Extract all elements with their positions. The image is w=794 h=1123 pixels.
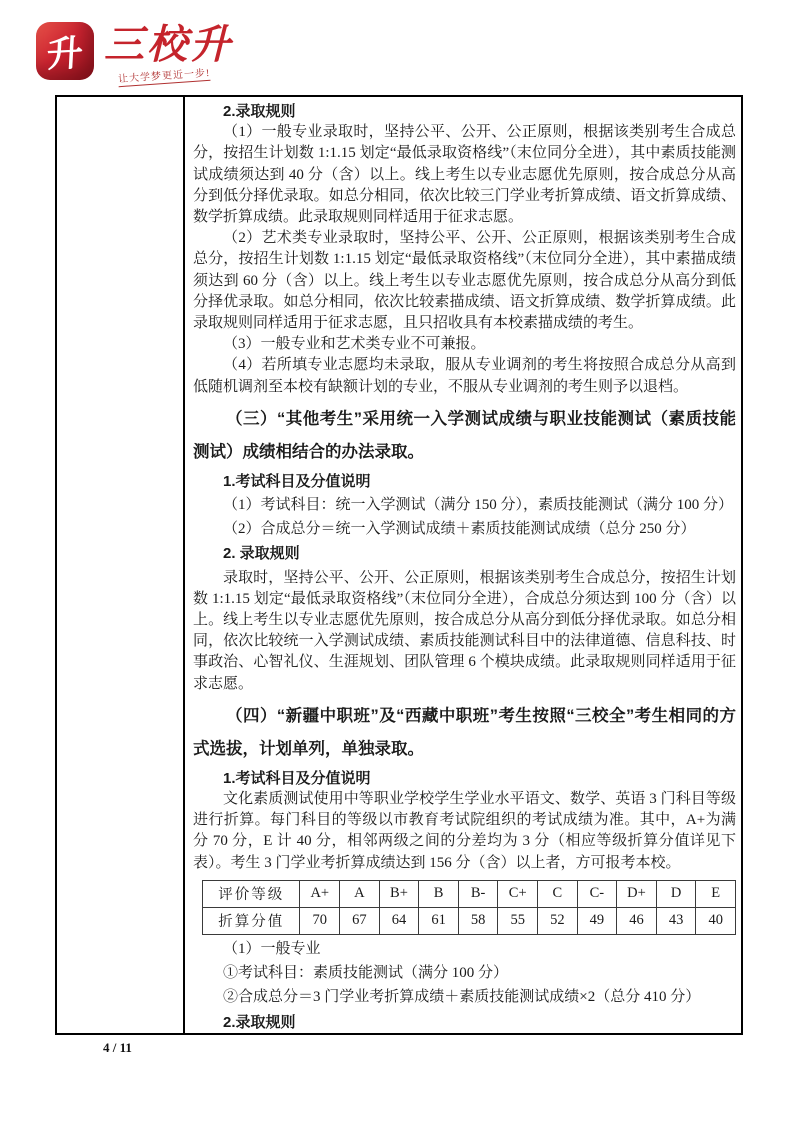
page-number: 4 / 11 [103, 1040, 132, 1056]
score-cell: 46 [617, 907, 657, 934]
grade-row: 评价等级 A+ A B+ B B- C+ C C- D+ D E [203, 880, 736, 907]
brand-slogan: 让大学梦更近一步! [118, 64, 211, 87]
heading-admission-rules-2: 2. 录取规则 [193, 543, 736, 564]
heading-section-3-other-candidates: （三）“其他考生”采用统一入学测试成绩与职业技能测试（素质技能测试）成绩相结合的… [193, 403, 736, 469]
brand-icon-glyph: 升 [46, 25, 85, 78]
grade-cell: C- [577, 880, 617, 907]
score-cell: 43 [656, 907, 696, 934]
score-row: 折算分值 70 67 64 61 58 55 52 49 46 43 40 [203, 907, 736, 934]
grade-cell: A+ [300, 880, 340, 907]
score-cell: 64 [379, 907, 419, 934]
para-art-majors: （2）艺术类专业录取时，坚持公平、公开、公正原则，根据该类别考生合成总分，按招生… [193, 228, 736, 334]
score-cell: 40 [696, 907, 736, 934]
brand-text-block: 三校升 让大学梦更近一步! [104, 22, 233, 84]
para-general-majors-2: （1）一般专业 [193, 939, 736, 960]
para-exam-subjects-1b: （2）合成总分＝统一入学测试成绩＋素质技能测试成绩（总分 250 分） [193, 519, 736, 540]
para-general-majors: （1）一般专业录取时，坚持公平、公开、公正原则，根据该类别考生合成总分，按招生计… [193, 122, 736, 228]
score-cell: 49 [577, 907, 617, 934]
heading-admission-rules-1: 2.录取规则 [193, 101, 736, 122]
grade-cell: A [340, 880, 380, 907]
grade-cell: C [538, 880, 578, 907]
score-cell: 55 [498, 907, 538, 934]
score-cell: 58 [458, 907, 498, 934]
brand-logo: 升 三校升 让大学梦更近一步! [36, 22, 233, 84]
grade-cell: D+ [617, 880, 657, 907]
para-exam-subject-quality: ①考试科目：素质技能测试（满分 100 分） [193, 963, 736, 984]
heading-section-4-xinjiang-xizang: （四）“新疆中职班”及“西藏中职班”考生按照“三校全”考生相同的方式选拔，计划单… [193, 700, 736, 766]
grade-cell: B [419, 880, 459, 907]
table-left-empty-cell [57, 97, 185, 1033]
para-culture-test: 文化素质测试使用中等职业学校学生学业水平语文、数学、英语 3 门科目等级进行折算… [193, 789, 736, 874]
grade-cell: D [656, 880, 696, 907]
para-other-rules: 录取时，坚持公平、公开、公正原则，根据该类别考生合成总分，按招生计划数 1:1.… [193, 568, 736, 695]
document-page: 升 三校升 让大学梦更近一步! 2.录取规则 （1）一般专业录取时，坚持公平、公… [0, 0, 794, 1123]
para-composite-total: ②合成总分＝3 门学业考折算成绩＋素质技能测试成绩×2（总分 410 分） [193, 987, 736, 1008]
score-row-label: 折算分值 [203, 907, 300, 934]
table-content-cell: 2.录取规则 （1）一般专业录取时，坚持公平、公开、公正原则，根据该类别考生合成… [185, 97, 741, 1033]
para-exam-subjects-1a: （1）考试科目：统一入学测试（满分 150 分），素质技能测试（满分 100 分… [193, 495, 736, 516]
heading-admission-rules-3: 2.录取规则 [193, 1012, 736, 1033]
heading-exam-subjects-1: 1.考试科目及分值说明 [193, 471, 736, 492]
score-cell: 70 [300, 907, 340, 934]
grade-cell: B- [458, 880, 498, 907]
para-no-double-apply: （3）一般专业和艺术类专业不可兼报。 [193, 334, 736, 355]
brand-name: 三校升 [104, 24, 233, 66]
grade-cell: B+ [379, 880, 419, 907]
heading-exam-subjects-2: 1.考试科目及分值说明 [193, 768, 736, 789]
brand-app-icon: 升 [36, 22, 94, 80]
para-adjustment: （4）若所填专业志愿均未录取，服从专业调剂的考生将按照合成总分从高到低随机调剂至… [193, 355, 736, 397]
grade-cell: E [696, 880, 736, 907]
content-table: 2.录取规则 （1）一般专业录取时，坚持公平、公开、公正原则，根据该类别考生合成… [55, 95, 743, 1035]
grade-row-label: 评价等级 [203, 880, 300, 907]
score-cell: 61 [419, 907, 459, 934]
grade-cell: C+ [498, 880, 538, 907]
score-cell: 67 [340, 907, 380, 934]
score-cell: 52 [538, 907, 578, 934]
grade-conversion-table: 评价等级 A+ A B+ B B- C+ C C- D+ D E 折算分值 70… [202, 880, 736, 935]
